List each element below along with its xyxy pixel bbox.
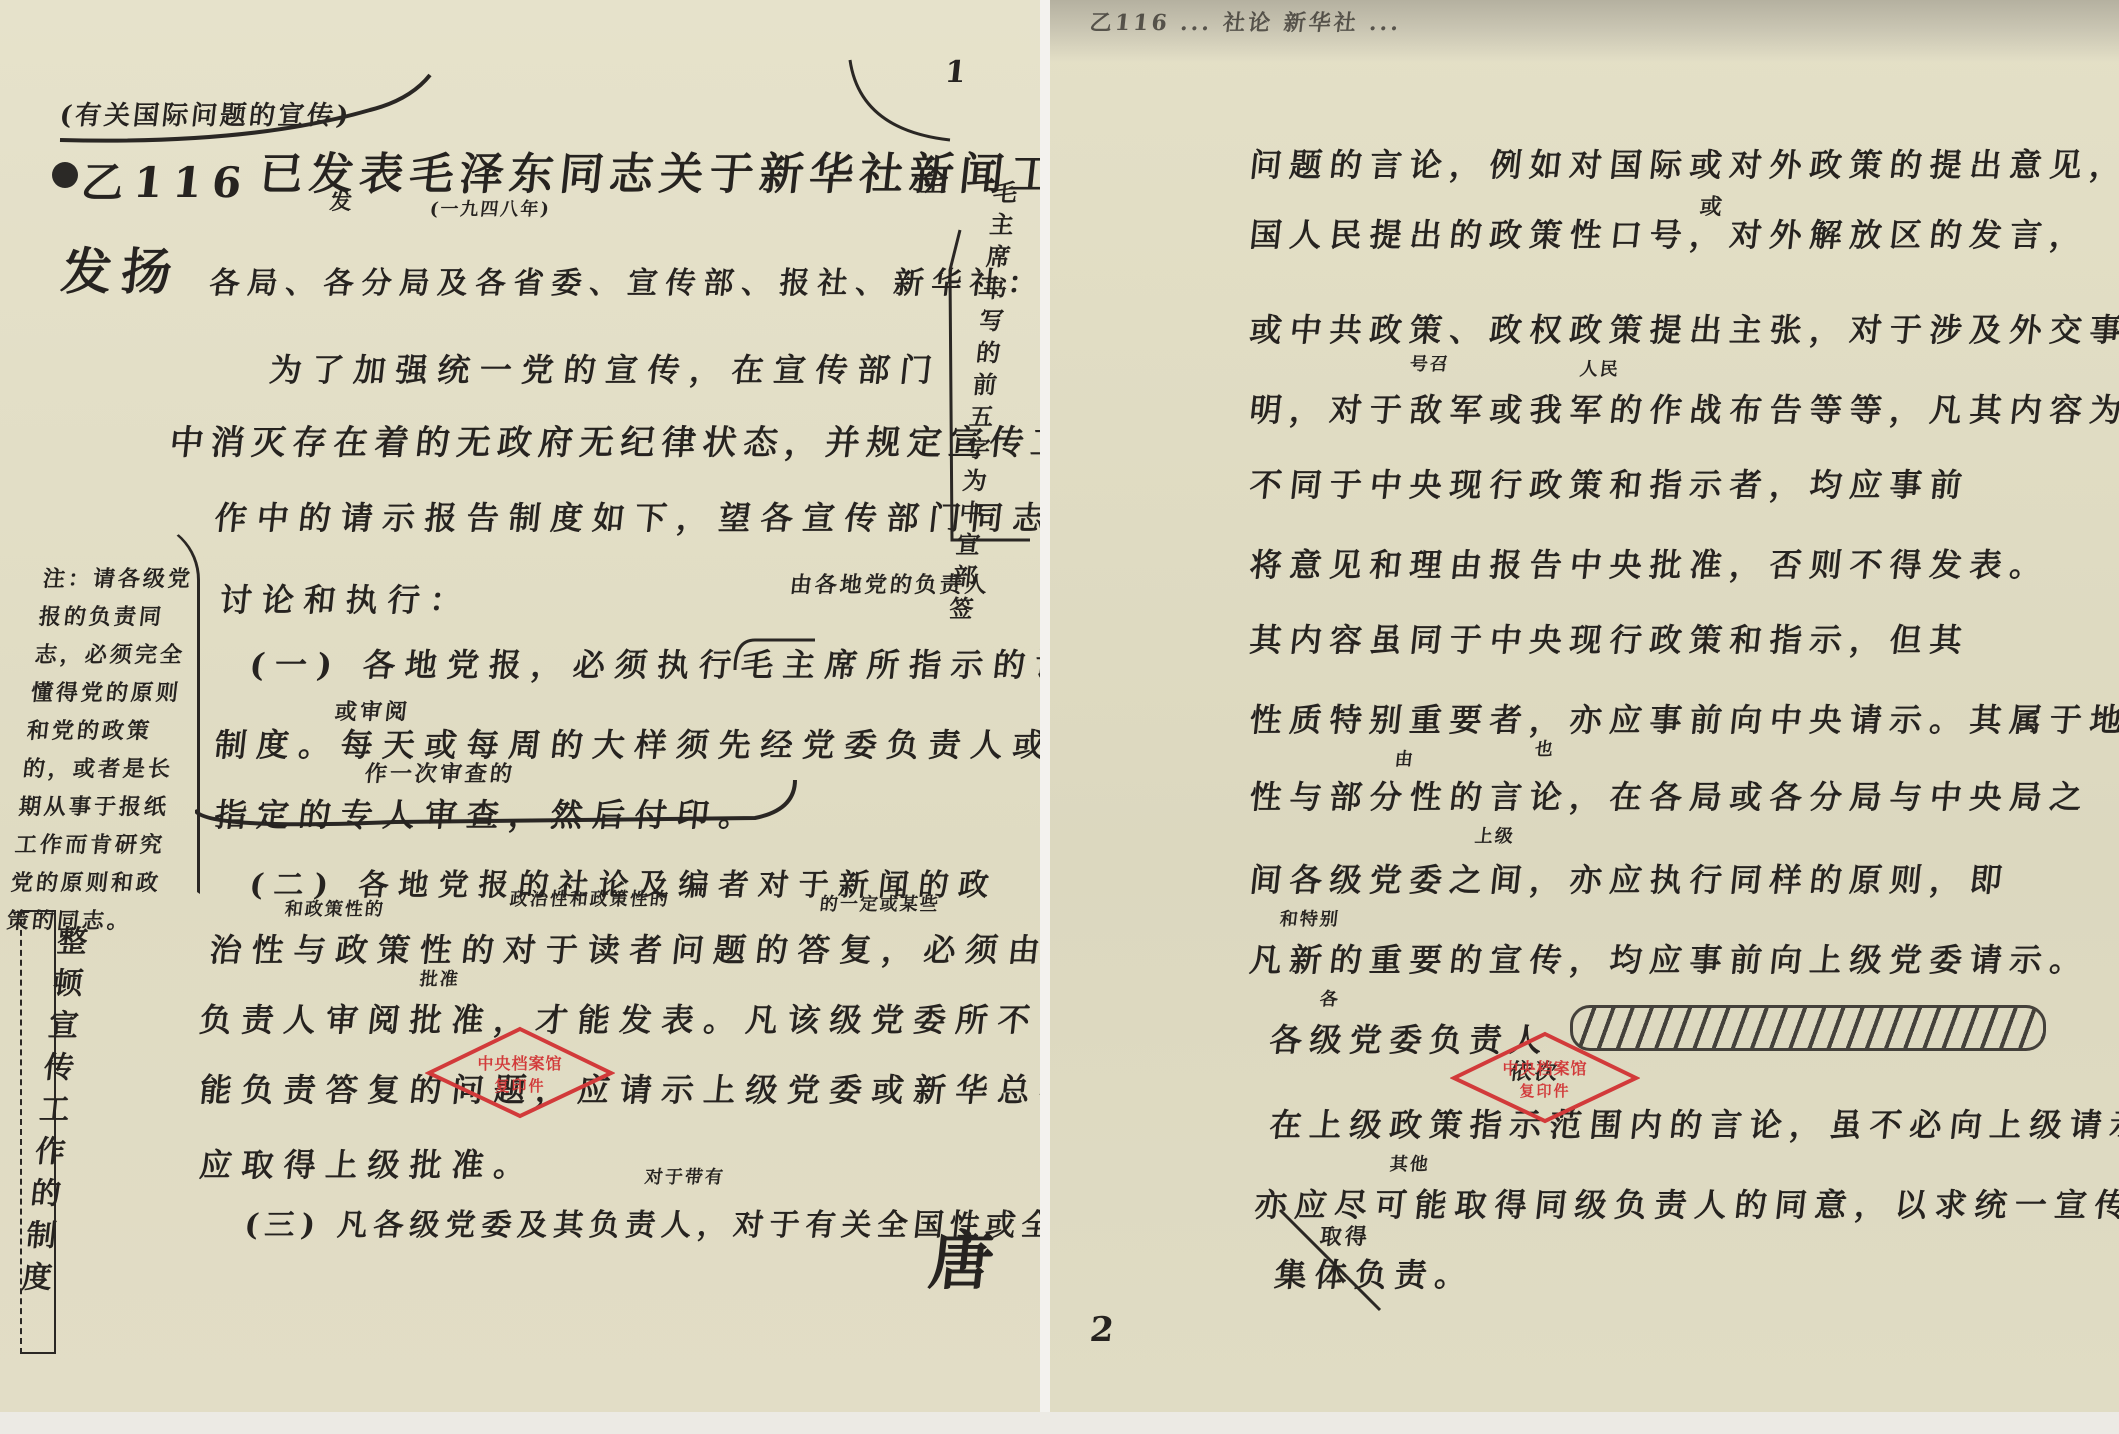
right-line-5: 不同于中央现行政策和指示者，均应事前	[1248, 460, 1973, 506]
right-line-10: 间各级党委之间，亦应执行同样的原则，即	[1248, 855, 2013, 901]
clause-2-insert-2: 政治性和政策性的	[509, 885, 672, 911]
right-insert-8: 各	[1319, 985, 1342, 1011]
archive-stamp: 中央档案馆 复印件	[1450, 1030, 1640, 1125]
right-insert-6: 上级	[1474, 822, 1517, 848]
signature: 唐	[925, 1210, 1009, 1302]
clause-2-line-4: 能负责答复的问题，应请示上级党委或新华总社，	[198, 1065, 1040, 1111]
title-insert-date: (一九四八年)	[429, 195, 553, 221]
struck-out-phrase	[1570, 1005, 2046, 1051]
top-right-mark: 全	[918, 160, 960, 200]
stamp-line-2: 复印件	[1450, 1080, 1640, 1101]
page-mark: 乙116	[79, 150, 255, 210]
clause-1-line-2: 制度。每天或每周的大样须先经党委负责人或党委所	[213, 720, 1040, 766]
stamp-line-1: 中央档案馆	[425, 1051, 615, 1074]
clause-1-line-3: 指定的专人审查，然后付印。	[213, 790, 764, 836]
title-insert: 发	[328, 185, 356, 216]
clause-1-insert-3: 作一次审查的	[363, 757, 516, 788]
corner-bracket-stroke	[840, 40, 1040, 560]
right-insert-3: 人民	[1579, 355, 1622, 381]
right-line-11: 凡新的重要的宣传，均应事前向上级党委请示。	[1248, 935, 2093, 981]
top-edge-text: 乙116 ... 社论 新华社 ...	[1088, 6, 1403, 37]
clause-2-insert-1: 和政策性的	[284, 895, 387, 921]
bottom-mark: 2	[1088, 1310, 1126, 1350]
clause-3-line: (三) 凡各级党委及其负责人，对于有关全国性或全党性	[243, 1200, 1040, 1244]
vertical-side-title: 整顿宣传工作的制度	[4, 925, 92, 1345]
photo-bottom-edge	[0, 1412, 2119, 1434]
right-line-2: 国人民提出的政策性口号，对外解放区的发言，	[1248, 210, 2093, 256]
ink-blot	[52, 162, 78, 188]
right-line-13: 在上级政策指示范围内的言论，虽不必向上级请示，	[1268, 1100, 2119, 1146]
clause-1-line-1: (一) 各地党报，必须执行毛主席所指示的请示报	[248, 640, 1040, 686]
archive-stamp: 中央档案馆 复印件	[425, 1025, 615, 1120]
right-line-9: 性与部分性的言论，在各局或各分局与中央局之	[1248, 772, 2093, 818]
right-insert-4: 由	[1394, 745, 1417, 771]
clause-3-insert: 对于带有	[644, 1163, 727, 1189]
right-line-8: 性质特别重要者，亦应事前向中央请示。其属于地方	[1248, 695, 2119, 741]
clause-2-line-2: 治性与政策性的对于读者问题的答复，必须由党委	[208, 925, 1040, 971]
left-manuscript-page: (有关国际问题的宣传) 乙116 已发表毛泽东同志关于新华社新闻工作的指示 (一…	[0, 0, 1040, 1434]
page-gutter	[1040, 0, 1050, 1434]
right-insert-5: 也	[1534, 735, 1557, 761]
right-line-6: 将意见和理由报告中央批准，否则不得发表。	[1248, 540, 2053, 586]
right-line-4: 明，对于敌军或我军的作战布告等等，凡其内容为	[1248, 385, 2119, 431]
corner-number: 1	[943, 55, 978, 90]
right-line-7: 其内容虽同于中央现行政策和指示，但其	[1248, 615, 1973, 661]
right-insert-10: 其他	[1389, 1150, 1432, 1176]
right-insert-2: 号召	[1409, 350, 1452, 376]
clause-2-insert-4: 批准	[419, 965, 462, 991]
clause-2-line-5: 应取得上级批准。	[198, 1140, 539, 1186]
right-insert-7: 和特别	[1279, 905, 1342, 931]
right-line-1: 问题的言论，例如对国际或对外政策的提出意见，对于外	[1248, 140, 2119, 186]
right-line-3: 或中共政策、政权政策提出主张，对于涉及外交事项的声	[1248, 305, 2119, 351]
stamp-line-1: 中央档案馆	[1450, 1056, 1640, 1079]
stamp-line-2: 复印件	[425, 1075, 615, 1096]
clause-2-line-3: 负责人审阅批准，才能发表。凡该级党委所不	[198, 995, 1040, 1041]
addressee: 发扬	[58, 232, 186, 304]
right-insert-1: 或	[1698, 190, 1726, 221]
right-manuscript-page: 乙116 ... 社论 新华社 ... 问题的言论，例如对国际或对外政策的提出意…	[1050, 0, 2119, 1434]
right-line-15: 集体负责。	[1273, 1250, 1478, 1296]
clause-2-insert-3: 的一定或某些	[819, 890, 942, 916]
